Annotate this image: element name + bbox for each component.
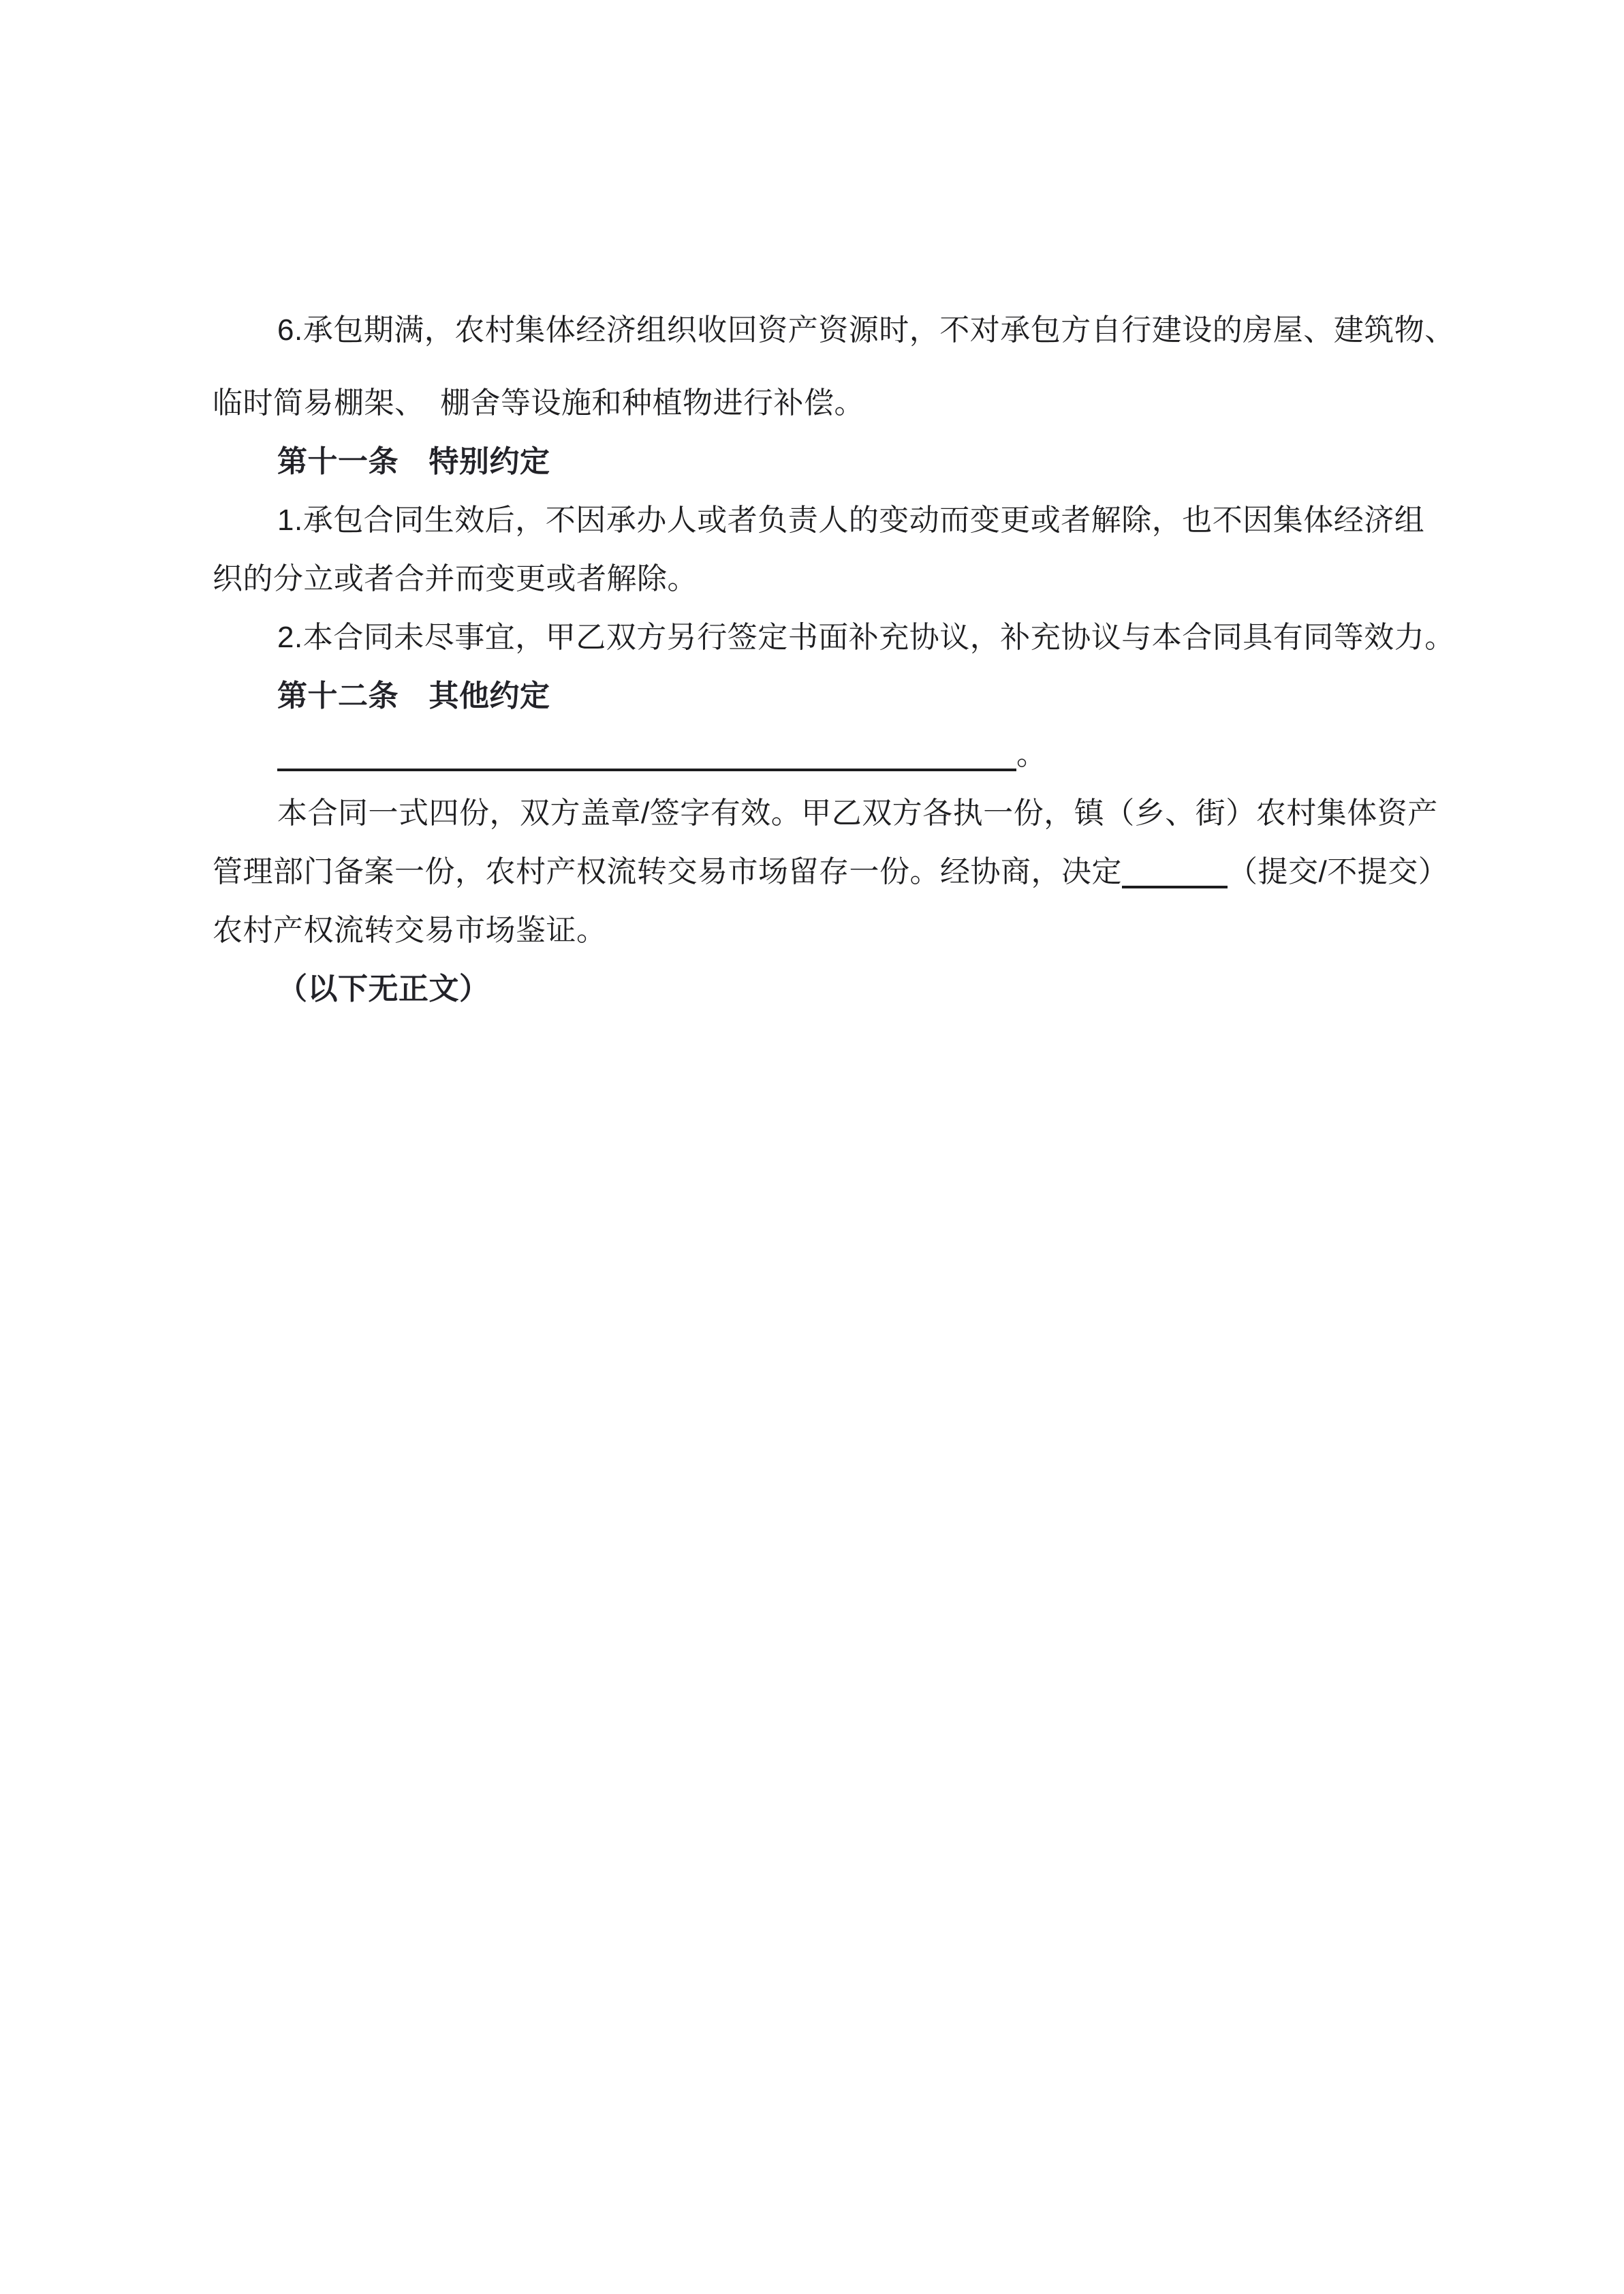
- text-segment: 第十二条 其他约定: [277, 679, 550, 713]
- text-segment: 1.承包合同生效后，不因承办人或者负责人的变动而变更或者解除，也不因集体经济组: [277, 503, 1424, 537]
- clause-6-line-1: 6.承包期满，农村集体经济组织收回资产资源时，不对承包方自行建设的房屋、建筑物、: [213, 301, 1426, 360]
- copies-clause-line-3: 农村产权流转交易市场鉴证。: [213, 901, 1426, 960]
- clause-11-1-line-2: 织的分立或者合并而变更或者解除。: [213, 550, 1426, 608]
- clause-11-2: 2.本合同未尽事宜，甲乙双方另行签定书面补充协议，补充协议与本合同具有同等效力。: [213, 608, 1426, 667]
- no-more-text-note: （以下无正文）: [213, 960, 1426, 1019]
- text-segment: 2.本合同未尽事宜，甲乙双方另行签定书面补充协议，补充协议与本合同具有同等效力。: [277, 621, 1455, 654]
- text-segment: 本合同一式四份，双方盖章/签字有效。甲乙双方各执一份，镇（乡、街）农村集体资产: [277, 796, 1438, 830]
- text-segment: 第十一条 特别约定: [277, 445, 550, 478]
- text-segment: 农村产权流转交易市场鉴证。: [213, 914, 607, 947]
- submit-choice-underline: [1122, 886, 1228, 888]
- text-segment: （提交/不提交）: [1228, 855, 1448, 888]
- clause-11-1-line-1: 1.承包合同生效后，不因承办人或者负责人的变动而变更或者解除，也不因集体经济组: [213, 491, 1426, 550]
- article-12-heading: 第十二条 其他约定: [213, 667, 1426, 726]
- copies-clause-line-1: 本合同一式四份，双方盖章/签字有效。甲乙双方各执一份，镇（乡、街）农村集体资产: [213, 784, 1426, 843]
- document-page: 6.承包期满，农村集体经济组织收回资产资源时，不对承包方自行建设的房屋、建筑物、…: [0, 0, 1624, 2294]
- text-segment: 临时简易棚架、 棚舍等设施和种植物进行补偿。: [213, 386, 864, 420]
- other-provisions-blank-line: 。: [213, 726, 1426, 784]
- long-fill-in-underline: [277, 769, 1016, 771]
- text-segment: （以下无正文）: [277, 972, 490, 1006]
- text-segment: 。: [1016, 738, 1047, 771]
- clause-6-line-2: 临时简易棚架、 棚舍等设施和种植物进行补偿。: [213, 374, 1426, 433]
- text-segment: 6.承包期满，农村集体经济组织收回资产资源时，不对承包方自行建设的房屋、建筑物、: [277, 313, 1455, 347]
- article-11-heading: 第十一条 特别约定: [213, 433, 1426, 491]
- text-segment: 织的分立或者合并而变更或者解除。: [213, 562, 698, 595]
- document-body: 6.承包期满，农村集体经济组织收回资产资源时，不对承包方自行建设的房屋、建筑物、…: [0, 0, 1624, 1019]
- copies-clause-line-2: 管理部门备案一份，农村产权流转交易市场留存一份。经协商，决定（提交/不提交）: [213, 843, 1426, 901]
- text-segment: 管理部门备案一份，农村产权流转交易市场留存一份。经协商，决定: [213, 855, 1122, 888]
